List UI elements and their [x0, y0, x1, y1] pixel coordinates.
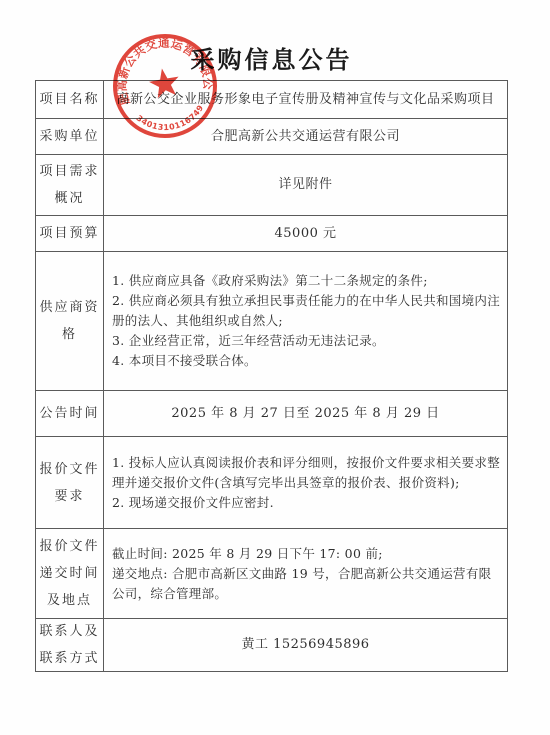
row-label: 项目预算 — [36, 216, 104, 251]
row-label: 项目名称 — [36, 81, 104, 118]
table-row-announcement-time: 公告时间 2025 年 8 月 27 日至 2025 年 8 月 29 日 — [36, 391, 507, 437]
procurement-table: 项目名称 高新公交企业服务形象电子宣传册及精神宣传与文化品采购项目 采购单位 合… — [35, 80, 508, 672]
row-value: 黄工 15256945896 — [104, 619, 507, 671]
row-label: 联系人及 联系方式 — [36, 619, 104, 671]
table-row-budget: 项目预算 45000 元 — [36, 216, 507, 252]
row-value: 截止时间: 2025 年 8 月 29 日下午 17: 00 前; 递交地点: … — [104, 529, 507, 618]
table-row-requirement-overview: 项目需求 概况 详见附件 — [36, 155, 507, 216]
table-row-submission-time-place: 报价文件 递交时间 及地点 截止时间: 2025 年 8 月 29 日下午 17… — [36, 529, 507, 619]
row-label: 公告时间 — [36, 391, 104, 436]
row-label: 项目需求 概况 — [36, 155, 104, 215]
row-label: 供应商资 格 — [36, 252, 104, 390]
table-row-quotation-requirements: 报价文件 要求 1. 投标人应认真阅读报价表和评分细则，按报价文件要求相关要求整… — [36, 437, 507, 529]
row-label: 报价文件 要求 — [36, 437, 104, 528]
row-value: 45000 元 — [104, 216, 507, 251]
row-value: 合肥高新公共交通运营有限公司 — [104, 119, 507, 154]
row-value: 1. 供应商应具备《政府采购法》第二十二条规定的条件; 2. 供应商必须具有独立… — [104, 252, 507, 390]
row-value: 详见附件 — [104, 155, 507, 215]
row-label: 报价文件 递交时间 及地点 — [36, 529, 104, 618]
table-row-contact: 联系人及 联系方式 黄工 15256945896 — [36, 619, 507, 671]
row-value: 2025 年 8 月 27 日至 2025 年 8 月 29 日 — [104, 391, 507, 436]
row-value: 高新公交企业服务形象电子宣传册及精神宣传与文化品采购项目 — [104, 81, 507, 118]
document-page: 采购信息公告 项目名称 高新公交企业服务形象电子宣传册及精神宣传与文化品采购项目… — [0, 0, 550, 735]
table-row-purchasing-unit: 采购单位 合肥高新公共交通运营有限公司 — [36, 119, 507, 155]
row-label: 采购单位 — [36, 119, 104, 154]
row-value: 1. 投标人应认真阅读报价表和评分细则，按报价文件要求相关要求整理并递交报价文件… — [104, 437, 507, 528]
page-title: 采购信息公告 — [35, 40, 508, 75]
table-row-project-name: 项目名称 高新公交企业服务形象电子宣传册及精神宣传与文化品采购项目 — [36, 81, 507, 119]
table-row-supplier-qualification: 供应商资 格 1. 供应商应具备《政府采购法》第二十二条规定的条件; 2. 供应… — [36, 252, 507, 391]
